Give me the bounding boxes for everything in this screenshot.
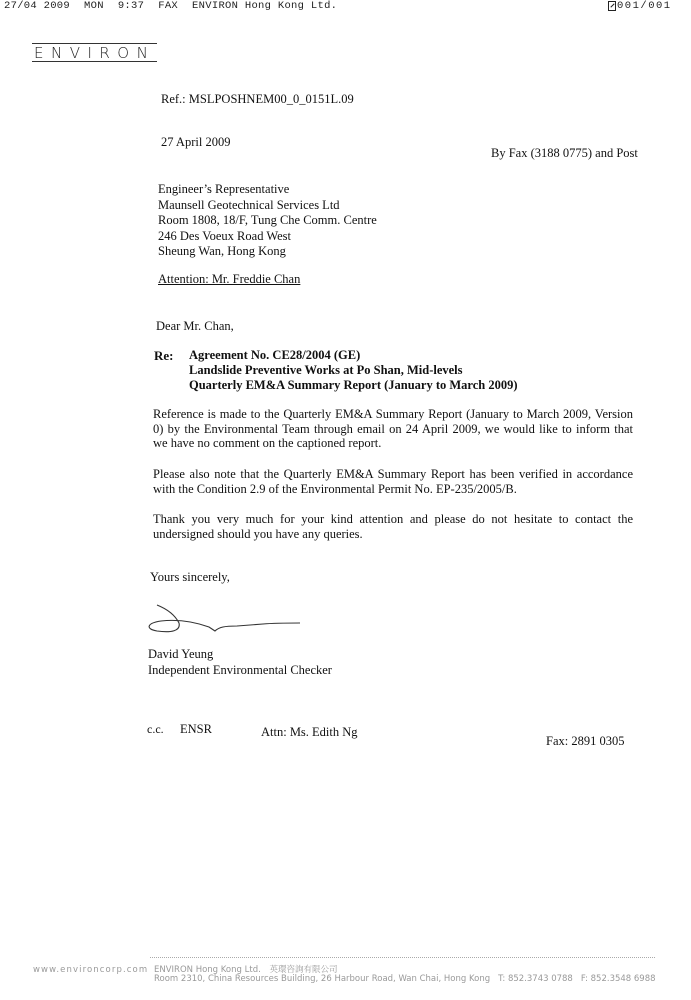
closing: Yours sincerely, (150, 570, 230, 585)
address-line: Room 1808, 18/F, Tung Che Comm. Centre (158, 213, 377, 229)
body-paragraph: Thank you very much for your kind attent… (153, 512, 633, 541)
fax-page-icon (608, 1, 616, 11)
footer-street-address: Room 2310, China Resources Building, 26 … (154, 974, 490, 984)
delivery-method: By Fax (3188 0775) and Post (491, 146, 638, 161)
footer-fax: F: 852.3548 6988 (581, 974, 656, 984)
footer-website: www.environcorp.com (33, 965, 148, 975)
recipient-address: Engineer’s Representative Maunsell Geote… (158, 182, 377, 260)
address-line: Engineer’s Representative (158, 182, 377, 198)
environ-logo: ENVIRON (32, 43, 157, 62)
subject-lines: Agreement No. CE28/2004 (GE) Landslide P… (189, 348, 518, 393)
letter-date: 27 April 2009 (161, 135, 230, 150)
fax-date: 27/04 2009 (4, 0, 70, 12)
cc-fax: Fax: 2891 0305 (546, 734, 624, 749)
cc-organization: ENSR (180, 722, 212, 737)
address-line: 246 Des Voeux Road West (158, 229, 377, 245)
signature-image (145, 603, 305, 637)
fax-day: MON (84, 0, 104, 12)
body-paragraph: Reference is made to the Quarterly EM&A … (153, 407, 633, 451)
subject-label: Re: (154, 348, 174, 364)
signer-title: Independent Environmental Checker (148, 663, 332, 678)
fax-pages-text: 001/001 (617, 0, 672, 12)
subject-line: Quarterly EM&A Summary Report (January t… (189, 378, 518, 393)
fax-type: FAX (158, 0, 178, 12)
fax-page-count: 001/001 (608, 0, 672, 12)
address-line: Sheung Wan, Hong Kong (158, 244, 377, 260)
signer-name: David Yeung (148, 647, 213, 662)
fax-header: 27/04 2009MON9:37FAXENVIRON Hong Kong Lt… (4, 0, 351, 12)
fax-time: 9:37 (118, 0, 144, 12)
subject-line: Agreement No. CE28/2004 (GE) (189, 348, 518, 363)
cc-label: c.c. (147, 722, 164, 737)
salutation: Dear Mr. Chan, (156, 319, 234, 334)
subject-line: Landslide Preventive Works at Po Shan, M… (189, 363, 518, 378)
fax-sender: ENVIRON Hong Kong Ltd. (192, 0, 337, 12)
body-paragraph: Please also note that the Quarterly EM&A… (153, 467, 633, 496)
cc-attention: Attn: Ms. Edith Ng (261, 725, 358, 740)
attention-line: Attention: Mr. Freddie Chan (158, 272, 300, 287)
address-line: Maunsell Geotechnical Services Ltd (158, 198, 377, 214)
footer-divider (150, 957, 655, 958)
footer-address: Room 2310, China Resources Building, 26 … (154, 974, 656, 984)
reference-number: Ref.: MSLPOSHNEM00_0_0151L.09 (161, 92, 354, 107)
footer-phone: T: 852.3743 0788 (498, 974, 573, 984)
